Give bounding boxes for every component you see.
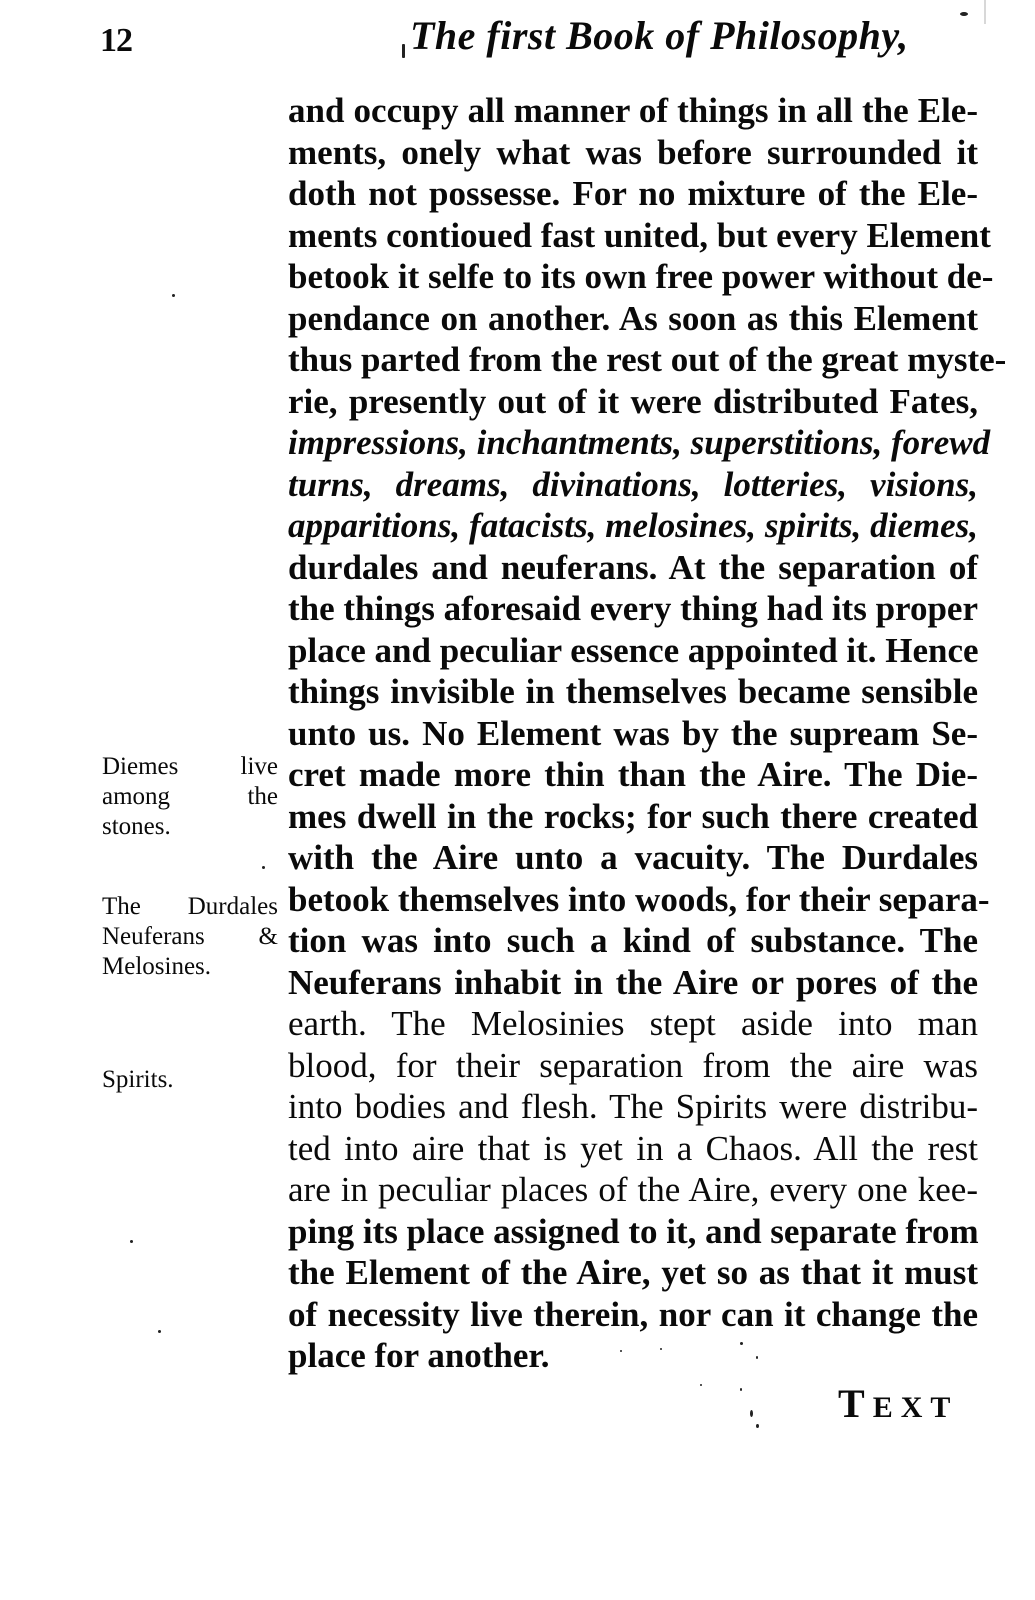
print-speck — [740, 1342, 743, 1345]
margin-note-line: Melosines. — [102, 952, 278, 982]
catchword: TEXT — [838, 1380, 958, 1427]
text-line: place for another. — [288, 1335, 978, 1377]
text-line: ments, onely what was before surrounded … — [288, 132, 978, 174]
print-speck — [262, 866, 265, 869]
print-speck — [756, 1356, 758, 1359]
text-line: the things aforesaid every thing had its… — [288, 588, 978, 630]
text-line: pendance on another. As soon as this Ele… — [288, 298, 978, 340]
text-line: things invisible in themselves became se… — [288, 671, 978, 713]
text-line: blood, for their separation from the air… — [288, 1045, 978, 1087]
print-speck — [158, 1330, 161, 1333]
text-line: unto us. No Element was by the supream S… — [288, 713, 978, 755]
margin-note-line: Neuferans & — [102, 922, 278, 952]
text-line: tion was into such a kind of substance. … — [288, 920, 978, 962]
print-speck — [750, 1410, 753, 1417]
text-line: are in peculiar places of the Aire, ever… — [288, 1169, 978, 1211]
margin-note-line: stones. — [102, 812, 278, 842]
print-speck — [402, 44, 405, 58]
print-speck — [700, 1384, 702, 1386]
print-speck — [172, 294, 175, 297]
margin-note-spirits: Spirits. — [102, 1065, 278, 1095]
text-line: rie, presently out of it were distribute… — [288, 381, 978, 423]
text-line: cret made more thin than the Aire. The D… — [288, 754, 978, 796]
text-line-italic: turns, dreams, divinations, lotteries, v… — [288, 464, 978, 506]
running-head: The first Book of Philosophy, — [410, 12, 909, 59]
text-line: doth not possesse. For no mixture of the… — [288, 173, 978, 215]
text-line: the Element of the Aire, yet so as that … — [288, 1252, 978, 1294]
body-text: and occupy all manner of things in all t… — [288, 90, 978, 1377]
text-line: ted into aire that is yet in a Chaos. Al… — [288, 1128, 978, 1170]
margin-note-line: Diemes live — [102, 752, 278, 782]
text-line: thus parted from the rest out of the gre… — [288, 339, 978, 381]
text-line: place and peculiar essence appointed it.… — [288, 630, 978, 672]
margin-note-line: among the — [102, 782, 278, 812]
text-line: ping its place assigned to it, and separ… — [288, 1211, 978, 1253]
text-line-italic: impressions, inchantments, superstitions… — [288, 422, 978, 464]
text-line: Neuferans inhabit in the Aire or pores o… — [288, 962, 978, 1004]
book-page: 12 The first Book of Philosophy, and occ… — [0, 0, 1035, 1600]
margin-note-line: The Durdales — [102, 892, 278, 922]
text-line: of necessity live therein, nor can it ch… — [288, 1294, 978, 1336]
print-speck — [660, 1348, 662, 1350]
print-speck — [960, 12, 968, 16]
print-speck — [130, 1240, 133, 1243]
print-speck — [740, 1388, 742, 1391]
text-line: betook themselves into woods, for their … — [288, 879, 978, 921]
page-edge-mark — [984, 0, 986, 24]
text-line: mes dwell in the rocks; for such there c… — [288, 796, 978, 838]
margin-note-diemes: Diemes live among the stones. — [102, 752, 278, 842]
print-speck — [756, 1424, 759, 1428]
text-line-italic: apparitions, fatacists, melosines, spiri… — [288, 505, 978, 547]
margin-note-durdales: The Durdales Neuferans & Melosines. — [102, 892, 278, 982]
text-line: ments contioued fast united, but every E… — [288, 215, 978, 257]
page-number: 12 — [100, 22, 132, 60]
catchword-initial: T — [838, 1381, 873, 1426]
print-speck — [620, 1350, 622, 1352]
text-line: betook it selfe to its own free power wi… — [288, 256, 978, 298]
text-line: durdales and neuferans. At the separatio… — [288, 547, 978, 589]
text-line: and occupy all manner of things in all t… — [288, 90, 978, 132]
text-line: with the Aire unto a vacuity. The Durdal… — [288, 837, 978, 879]
catchword-rest: EXT — [873, 1391, 959, 1424]
margin-note-line: Spirits. — [102, 1065, 278, 1095]
text-line: earth. The Melosinies stept aside into m… — [288, 1003, 978, 1045]
text-line: into bodies and flesh. The Spirits were … — [288, 1086, 978, 1128]
